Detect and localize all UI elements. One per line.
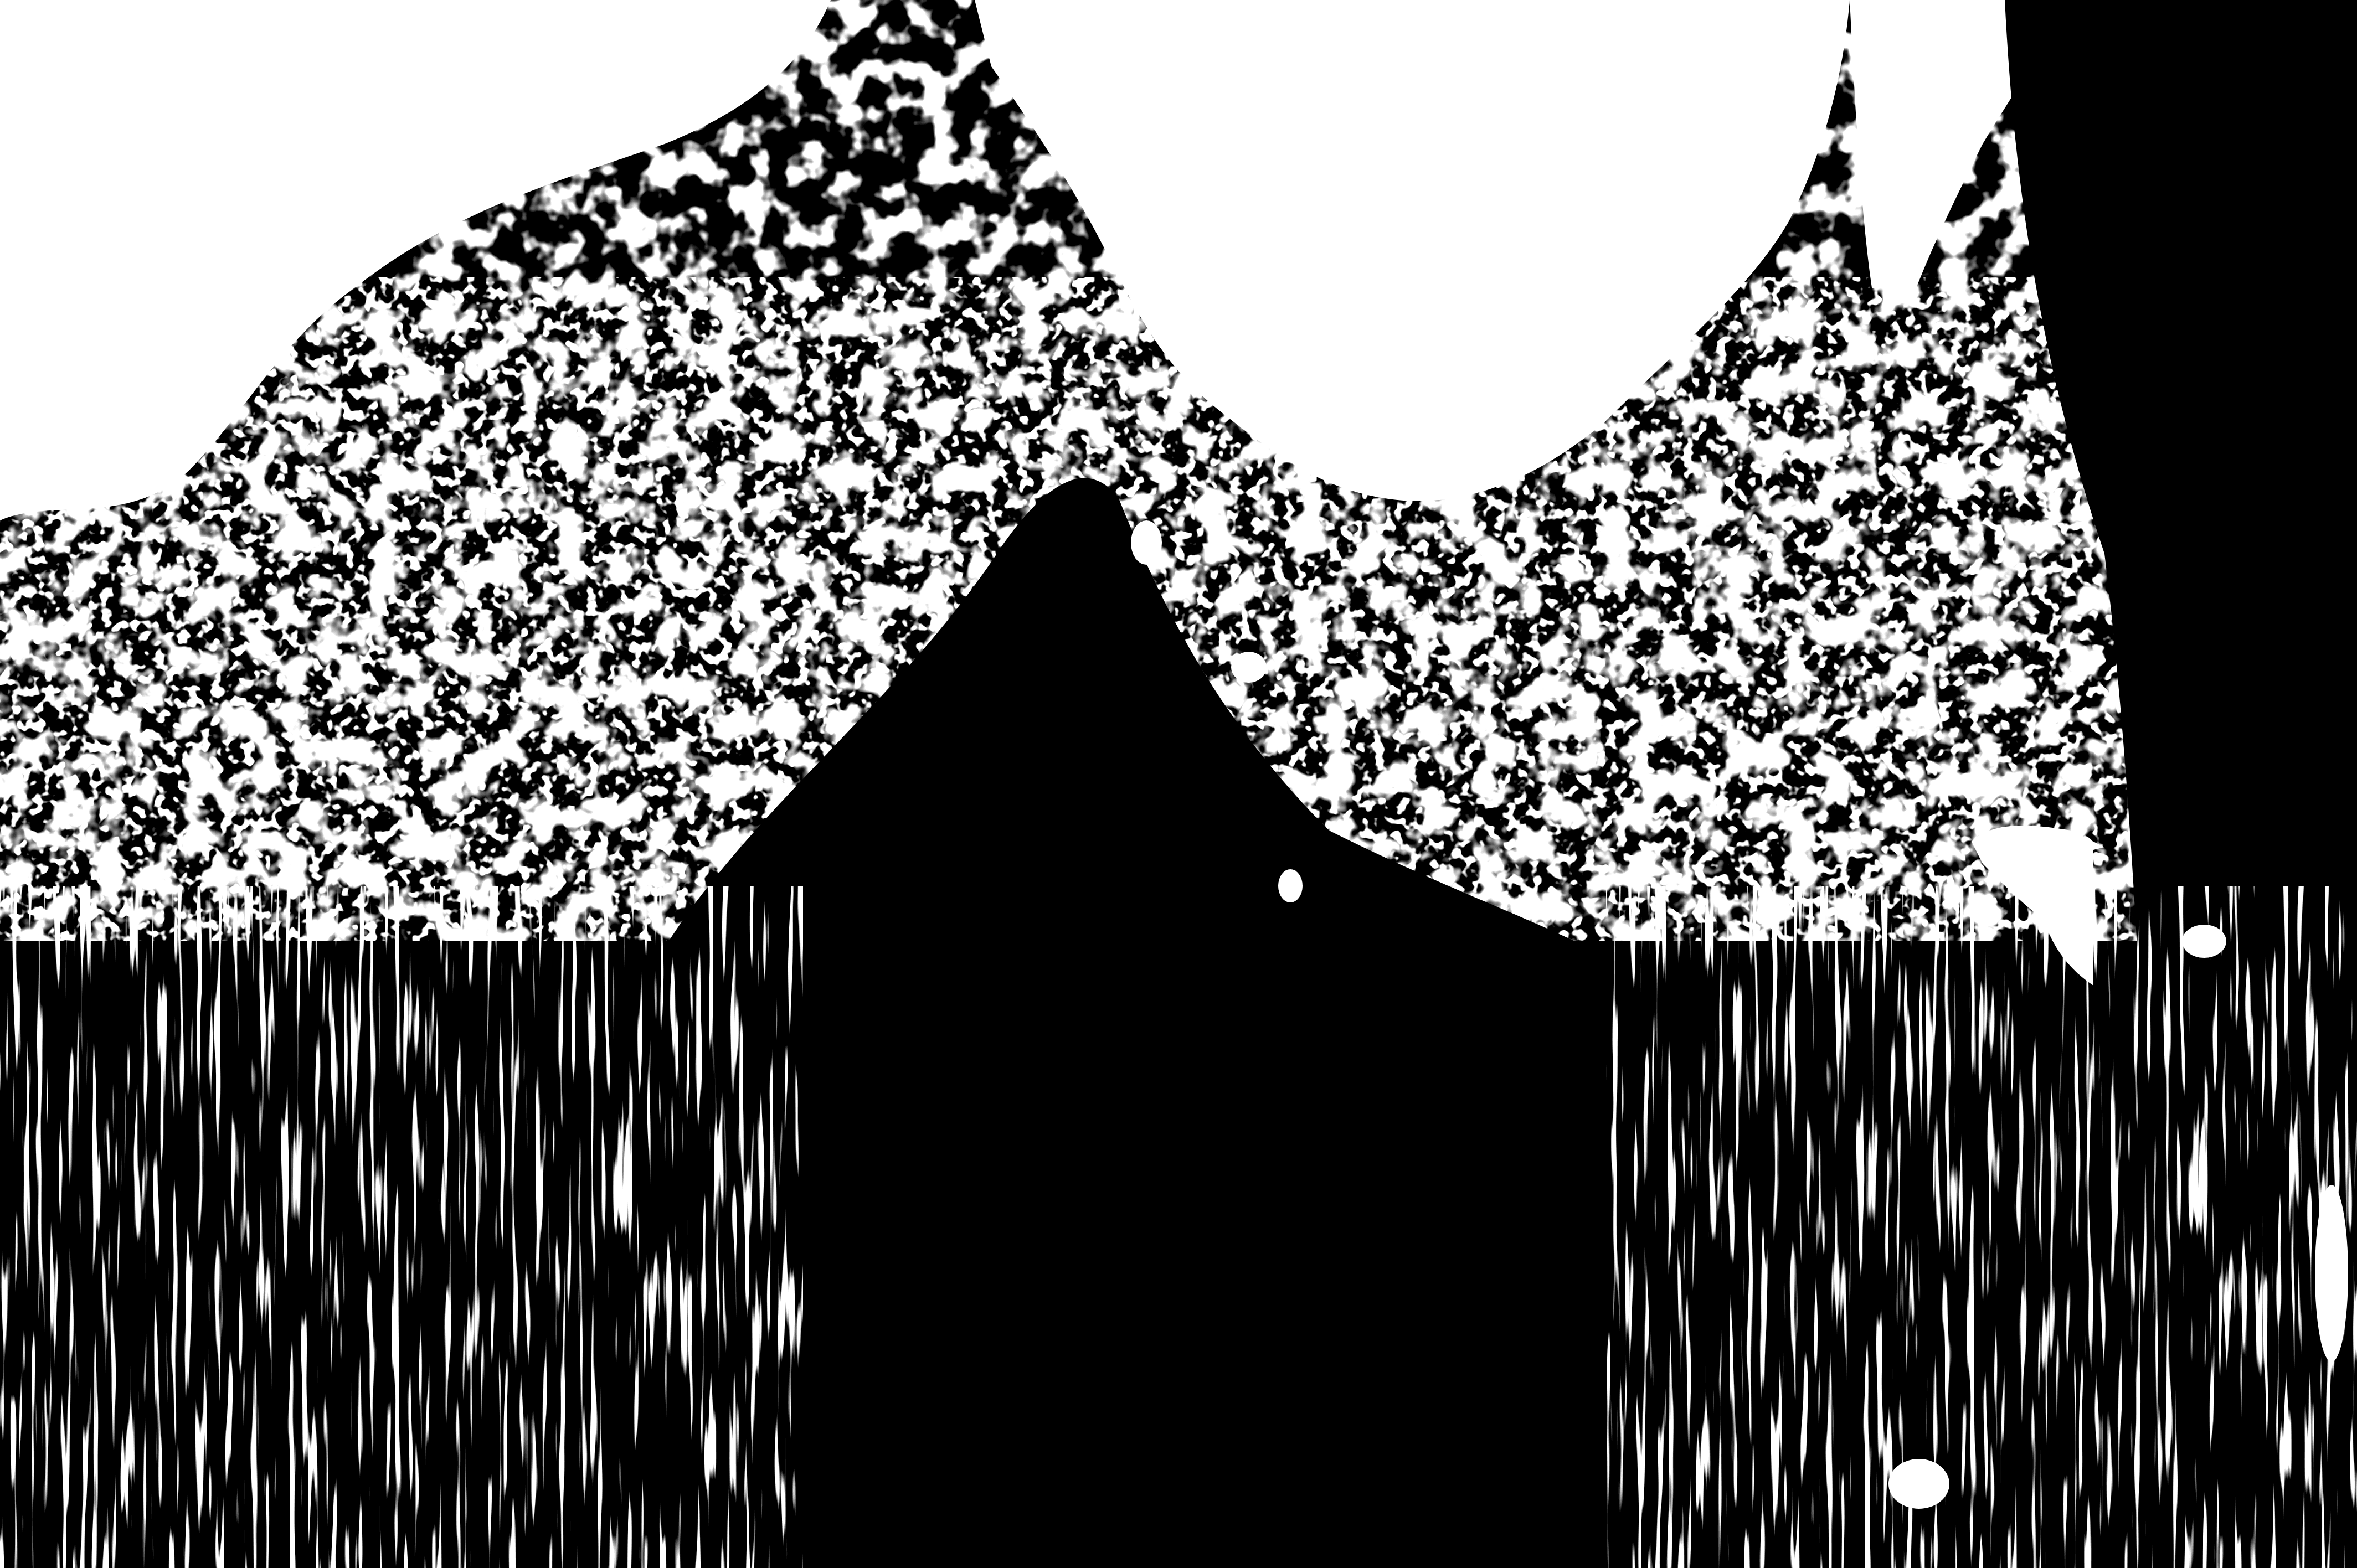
binarized-forest-image xyxy=(0,0,2357,1568)
